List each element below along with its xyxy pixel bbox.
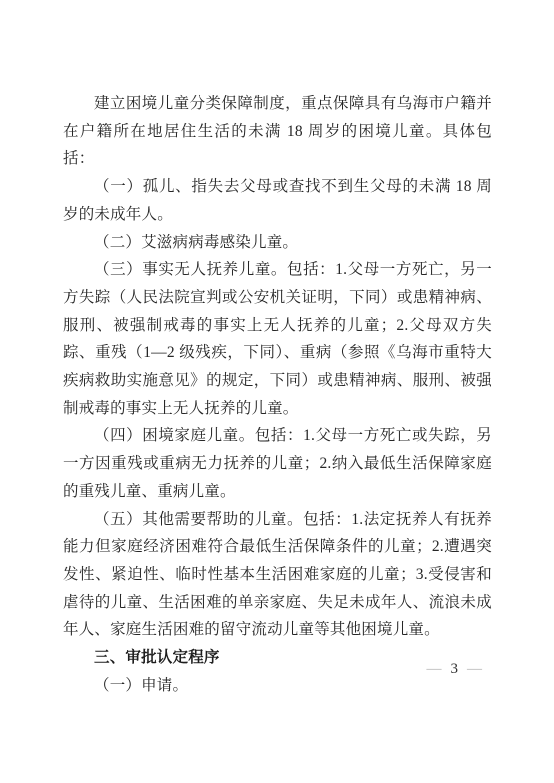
page-number-value: 3 bbox=[451, 661, 459, 677]
page-number-left-dash: — bbox=[427, 661, 442, 677]
para-item-3-defacto-unsupported-children: （三）事实无人抚养儿童。包括：1.父母一方死亡，另一方失踪（人民法院宣判或公安机… bbox=[63, 256, 492, 422]
page-number: —3— bbox=[427, 660, 483, 678]
para-item-2-hiv-infected-children: （二）艾滋病病毒感染儿童。 bbox=[63, 229, 492, 257]
page-number-right-dash: — bbox=[467, 661, 482, 677]
document-body: 建立困境儿童分类保障制度，重点保障具有乌海市户籍并在户籍所在地居住生活的未满 1… bbox=[63, 90, 492, 699]
scanned-document-page: 建立困境儿童分类保障制度，重点保障具有乌海市户籍并在户籍所在地居住生活的未满 1… bbox=[0, 0, 554, 783]
para-item-5-other-children-needing-help: （五）其他需要帮助的儿童。包括：1.法定抚养人有抚养能力但家庭经济困难符合最低生… bbox=[63, 506, 492, 645]
para-item-1-orphans: （一）孤儿、指失去父母或查找不到生父母的未满 18 周岁的未成年人。 bbox=[63, 173, 492, 228]
para-item-4-difficult-family-children: （四）困境家庭儿童。包括：1.父母一方死亡或失踪，另一方因重残或重病无力抚养的儿… bbox=[63, 422, 492, 505]
para-intro-classification-policy: 建立困境儿童分类保障制度，重点保障具有乌海市户籍并在户籍所在地居住生活的未满 1… bbox=[63, 90, 492, 173]
